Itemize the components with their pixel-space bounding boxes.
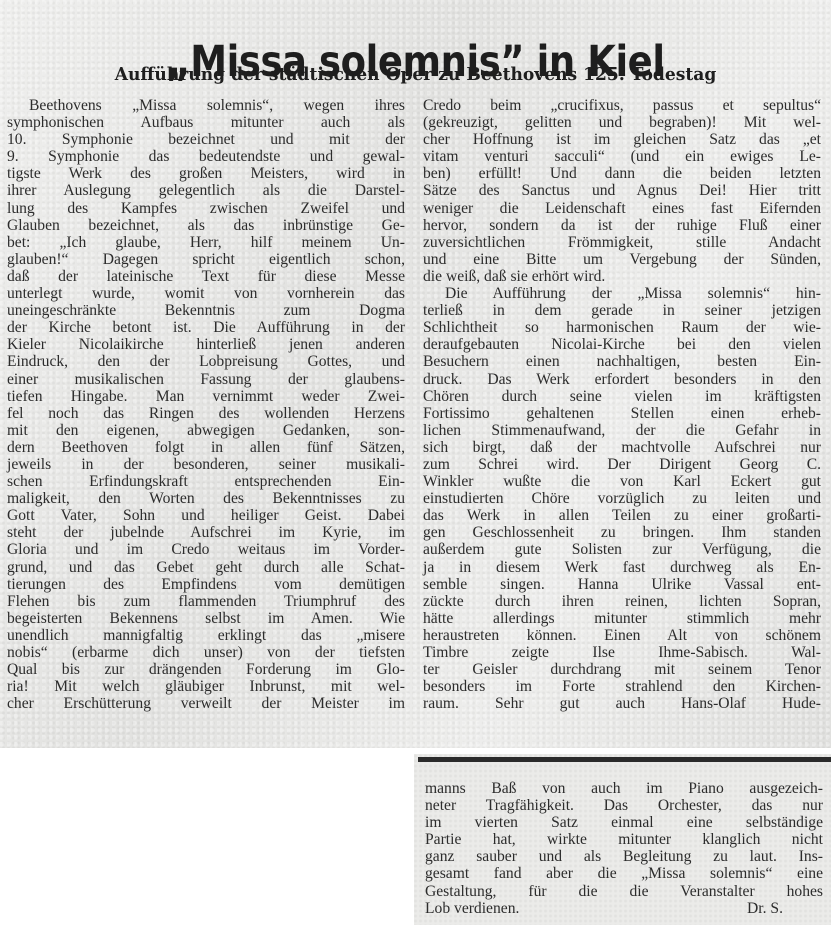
text-line: Beethovens „Missa solemnis“, wegen ihres: [7, 97, 405, 114]
text-line: gen Geschlossenheit zu bringen. Ihm stan…: [423, 524, 821, 541]
text-line: hätte allerdings mitunter stimmlich mehr: [423, 610, 821, 627]
text-line: 10. Symphonie bezeichnet und mit der: [7, 131, 405, 148]
text-line: dern Beethoven folgt in allen fünf Sätze…: [7, 439, 405, 456]
text-line: unterlegt wurde, womit von vornherein da…: [7, 285, 405, 302]
text-line: weniger die Leidenschaft eines fast Eife…: [423, 200, 821, 217]
text-line: Credo beim „crucifixus, passus et sepult…: [423, 97, 821, 114]
closing-line: Lob verdienen.Dr. S.: [425, 900, 823, 917]
subheadline: Aufführung der städtischen Oper zu Beeth…: [21, 64, 810, 85]
text-line: fel noch das Ringen des wollenden Herzen…: [7, 405, 405, 422]
text-line: heraustreten können. Einen Alt von schön…: [423, 627, 821, 644]
text-line: manns Baß von auch im Piano ausgezeich-: [425, 780, 823, 797]
text-line: Gott Vater, Sohn und heiliger Geist. Dab…: [7, 507, 405, 524]
text-line: Flehen bis zum flammenden Triumphruf des: [7, 593, 405, 610]
text-line: semble singen. Hanna Ulrike Vassal ent-: [423, 576, 821, 593]
text-line: sich birgt, daß der machtvolle Aufschrei…: [423, 439, 821, 456]
text-line: zückte durch ihren reinen, lichten Sopra…: [423, 593, 821, 610]
text-line: nobis“ (erbarme dich unser) von der tief…: [7, 644, 405, 661]
text-line: cher Hoffnung ist im gleichen Satz das „…: [423, 131, 821, 148]
text-line: unendlich mannigfaltig erklingt das „mis…: [7, 627, 405, 644]
text-line: lung des Kampfes zwischen Zweifel und: [7, 200, 405, 217]
text-line: das Werk in allen Teilen zu einer großar…: [423, 507, 821, 524]
text-line: neter Tragfähigkeit. Das Orchester, das …: [425, 797, 823, 814]
text-line: tigste Werk des großen Meisters, wird in: [7, 165, 405, 182]
text-line: Chören durch seine vielen im kräftigsten: [423, 388, 821, 405]
text-line: der Kirche betont ist. Die Aufführung in…: [7, 319, 405, 336]
text-line: ria! Mit welch gläubiger Inbrunst, mit w…: [7, 678, 405, 695]
text-line: symphonischen Aufbaus mitunter auch als: [7, 114, 405, 131]
text-line: raum. Sehr gut auch Hans-Olaf Hude-: [423, 695, 821, 712]
text-line: steht der jubelnde Aufschrei im Kyrie, i…: [7, 524, 405, 541]
article-column-2: Credo beim „crucifixus, passus et sepult…: [423, 97, 821, 712]
text-line: terließ in dem gerade in seiner jetzigen: [423, 302, 821, 319]
column-divider-rule: [418, 757, 831, 762]
text-line: ihrer Auslegung gelegentlich als die Dar…: [7, 182, 405, 199]
text-line: Gloria und im Credo weitaus im Vorder-: [7, 541, 405, 558]
text-line: vitam venturi sacculi“ (und ein ewiges L…: [423, 148, 821, 165]
text-line: begeisterten Bekennens selbst im Amen. W…: [7, 610, 405, 627]
text-line: ter Geisler durchdrang mit seinem Tenor: [423, 661, 821, 678]
text-line: grund, und das Gebet geht durch alle Sch…: [7, 559, 405, 576]
text-line: ja in diesem Werk fast durchweg als En-: [423, 559, 821, 576]
author-signature: Dr. S.: [747, 900, 823, 917]
text-line: schen Erfindungskraft entsprechenden Ein…: [7, 473, 405, 490]
text-line: ganz sauber und als Begleitung zu laut. …: [425, 848, 823, 865]
text-line: Timbre zeigte Ilse Ihme-Sabisch. Wal-: [423, 644, 821, 661]
text-line: einstudierten Chöre vorzüglich zu leiten…: [423, 490, 821, 507]
text-line: ben) erfüllt! Und dann die beiden letzte…: [423, 165, 821, 182]
text-line: Winkler wußte die von Karl Eckert gut: [423, 473, 821, 490]
text-line: daß der lateinische Text für diese Messe: [7, 268, 405, 285]
text-line: glauben!“ Dagegen spricht eigentlich sch…: [7, 251, 405, 268]
text-line: Die Aufführung der „Missa solemnis“ hin-: [423, 285, 821, 302]
text-line: im vierten Satz einmal eine selbständige: [425, 814, 823, 831]
text-line: (gekreuzigt, gelitten und begraben)! Mit…: [423, 114, 821, 131]
text-line: tiefen Hingabe. Man vernimmt weder Zwei-: [7, 388, 405, 405]
text-line: besonders im Forte strahlend den Kirchen…: [423, 678, 821, 695]
article-column-1: Beethovens „Missa solemnis“, wegen ihres…: [7, 97, 405, 712]
text-line: maligkeit, den Worten des Bekenntnisses …: [7, 490, 405, 507]
text-line: Schlichtheit so harmonischen Raum der wi…: [423, 319, 821, 336]
text-line: tierungen des Empfindens vom demütigen: [7, 576, 405, 593]
text-line: 9. Symphonie das bedeutendste und gewal-: [7, 148, 405, 165]
text-line: mit den eigenen, abwegigen Gedanken, son…: [7, 422, 405, 439]
text-line: einer musikalischen Fassung der glaubens…: [7, 371, 405, 388]
text-line: zuversichtlichen Frömmigkeit, stille And…: [423, 234, 821, 251]
text-line: Besuchern einen nachhaltigen, besten Ein…: [423, 353, 821, 370]
text-line: außerdem gute Solisten zur Verfügung, di…: [423, 541, 821, 558]
text-line: lichen Stimmenaufwand, der die Gefahr in: [423, 422, 821, 439]
article-column-3: manns Baß von auch im Piano ausgezeich-n…: [425, 780, 823, 917]
text-line: deraufgebauten Nicolai-Kirche bei den vi…: [423, 336, 821, 353]
text-line: Eindruck, den der Lobpreisung Gottes, un…: [7, 353, 405, 370]
text-line: gesamt fand aber die „Missa solemnis“ ei…: [425, 865, 823, 882]
text-line: hervor, sondern da ist der ruhige Fluß e…: [423, 217, 821, 234]
text-line: Glauben bezeichnet, als das inbrünstige …: [7, 217, 405, 234]
text-line: Fortissimo gehaltenen Stellen einen erhe…: [423, 405, 821, 422]
text-line: die weiß, daß sie erhört wird.: [423, 268, 821, 285]
text-line: Partie hat, wirkte mitunter klanglich ni…: [425, 831, 823, 848]
text-line: zum Schrei wird. Der Dirigent Georg C.: [423, 456, 821, 473]
text-line: Sätze des Sanctus und Agnus Dei! Hier tr…: [423, 182, 821, 199]
text-line: cher Erschütterung verweilt der Meister …: [7, 695, 405, 712]
text-line: Qual bis zur drängenden Forderung im Glo…: [7, 661, 405, 678]
text-line: uneingeschränkte Bekenntnis zum Dogma: [7, 302, 405, 319]
text-line: jeweils in der besonderen, seiner musika…: [7, 456, 405, 473]
text-line: Kieler Nicolaikirche hinterließ jenen an…: [7, 336, 405, 353]
closing-text: Lob verdienen.: [425, 900, 519, 917]
text-line: und eine Bitte um Vergebung der Sünden,: [423, 251, 821, 268]
text-line: Gestaltung, für die die Veranstalter hoh…: [425, 883, 823, 900]
text-line: bet: „Ich glaube, Herr, hilf meinem Un-: [7, 234, 405, 251]
text-line: druck. Das Werk erfordert besonders in d…: [423, 371, 821, 388]
